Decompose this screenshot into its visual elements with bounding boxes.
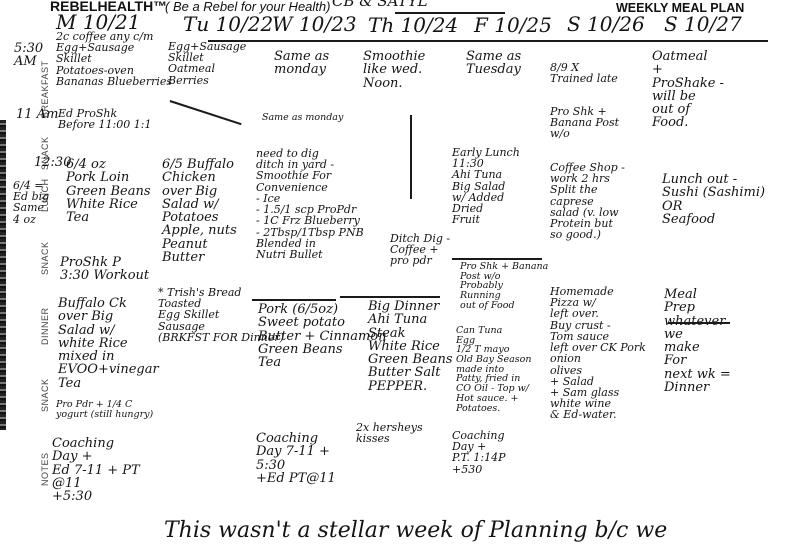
thursday-snack-divider — [340, 296, 440, 298]
monday-snack-3: Pro Pdr + 1/4 C yogurt (still hungry) — [56, 400, 153, 419]
thursday-continue-line — [410, 115, 412, 199]
tuesday-breakfast: Egg+Sausage Skillet Oatmeal Berries — [168, 41, 246, 86]
date-sunday: S 10/27 — [664, 14, 742, 34]
monday-snack-1: Ed ProShk Before 11:00 1:1 — [58, 108, 151, 130]
snack-time: 11 Am — [16, 108, 58, 121]
scan-edge — [0, 120, 6, 430]
date-underline — [208, 40, 768, 42]
monday-snack-2: ProShk P 3:30 Workout — [60, 256, 149, 283]
wednesday-notes: Coaching Day 7-11 + 5:30 +Ed PT@11 — [256, 432, 336, 485]
date-tuesday: Tu 10/22 — [183, 14, 273, 34]
saturday-breakfast: 8/9 X Trained late — [550, 62, 618, 84]
row-label-snack-2: SNACK — [40, 241, 50, 275]
monday-lunch: 6/4 oz Pork Loin Green Beans White Rice … — [66, 158, 151, 224]
tuesday-snack-strike — [170, 100, 242, 125]
footer-note: This wasn't a stellar week of Planning b… — [164, 520, 667, 542]
thursday-snack-2: Ditch Dig - Coffee + pro pdr — [390, 233, 450, 267]
thursday-snack-3: 2x hersheys kisses — [356, 422, 423, 444]
friday-lunch: Early Lunch 11:30 Ahi Tuna Big Salad w/ … — [452, 147, 520, 226]
row-label-snack-3: SNACK — [40, 378, 50, 412]
handwritten-names: CB & SATYL — [332, 0, 428, 9]
friday-notes: Coaching Day + P.T. 1:14P +530 — [452, 430, 506, 475]
row-label-notes: NOTES — [40, 452, 50, 486]
wednesday-lunch-divider — [252, 299, 336, 301]
friday-lunch-divider — [452, 258, 542, 260]
row-label-dinner: DINNER — [40, 307, 50, 345]
friday-breakfast: Same as Tuesday — [466, 50, 521, 77]
sunday-lunch: Lunch out - Sushi (Sashimi) OR Seafood — [662, 173, 765, 226]
sunday-breakfast: Oatmeal + ProShake - will be out of Food… — [652, 50, 724, 130]
thursday-dinner: Big Dinner Ahi Tuna Steak White Rice Gre… — [368, 300, 453, 393]
date-thursday: Th 10/24 — [368, 15, 458, 35]
wednesday-lunch: need to dig ditch in yard - Smoothie For… — [256, 148, 364, 260]
wednesday-breakfast: Same as monday — [274, 50, 329, 77]
date-friday: F 10/25 — [474, 15, 552, 35]
thursday-breakfast: Smoothie like wed. Noon. — [363, 50, 425, 90]
date-wednesday: W 10/23 — [272, 14, 357, 34]
monday-notes: Coaching Day + Ed 7-11 + PT @11 +5:30 — [52, 437, 140, 503]
lunch-side-note: 6/4 = Ed big Same 4 oz — [13, 180, 49, 225]
date-saturday: S 10/26 — [567, 14, 645, 34]
monday-breakfast: 2c coffee any c/m Egg+Sausage Skillet Po… — [56, 31, 172, 87]
wednesday-snack-1: Same as monday — [262, 113, 343, 123]
saturday-lunch: Coffee Shop - work 2 hrs Split the capre… — [550, 162, 625, 241]
sunday-dinner-divider — [668, 322, 730, 324]
friday-snack-2: Pro Shk + Banana Post w/o Probably Runni… — [460, 262, 548, 310]
sunday-dinner: Meal Prep whatever we make For next wk =… — [664, 288, 731, 394]
friday-dinner: Can Tuna Egg 1/2 T mayo Old Bay Season m… — [456, 326, 531, 413]
tuesday-lunch: 6/5 Buffalo Chicken over Big Salad w/ Po… — [162, 158, 237, 264]
monday-dinner: Buffalo Ck over Big Salad w/ white Rice … — [58, 297, 159, 390]
saturday-dinner: Homemade Pizza w/ left over. Buy crust -… — [550, 286, 646, 421]
breakfast-time: 5:30 AM — [14, 42, 43, 69]
saturday-snack-1: Pro Shk + Banana Post w/o — [550, 106, 619, 140]
